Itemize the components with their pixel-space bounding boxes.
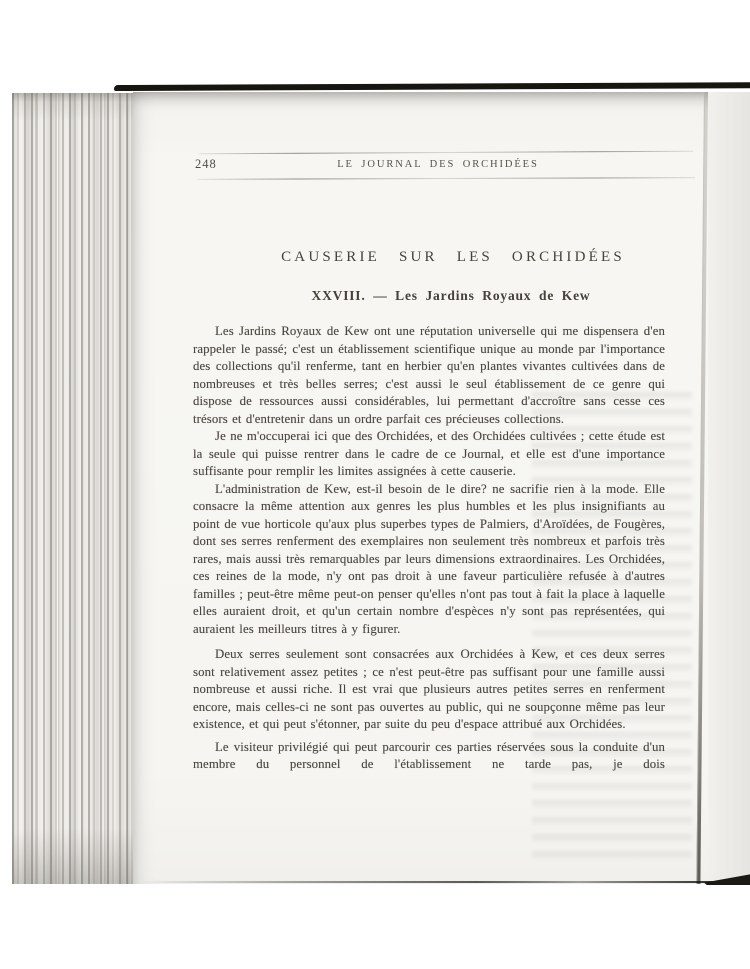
article-subtitle: XXVIII. — Les Jardins Royaux de Kew [193,288,683,304]
header-rule-top [199,151,693,155]
reverse-side-showthrough [532,392,692,862]
top-edge-shadow [114,82,750,91]
page-stack-edges [12,93,133,884]
journal-title: LE JOURNAL DES ORCHIDÉES [193,159,683,170]
header-rule-bottom [197,177,695,180]
right-page-edge [708,92,750,884]
page-fold-crease [696,92,708,884]
article-title: CAUSERIE SUR LES ORCHIDÉES [193,249,683,266]
page-bottom-edge [140,881,750,883]
book-page: 248 LE JOURNAL DES ORCHIDÉES CAUSERIE SU… [133,92,750,884]
scan-surface: 248 LE JOURNAL DES ORCHIDÉES CAUSERIE SU… [0,0,750,969]
